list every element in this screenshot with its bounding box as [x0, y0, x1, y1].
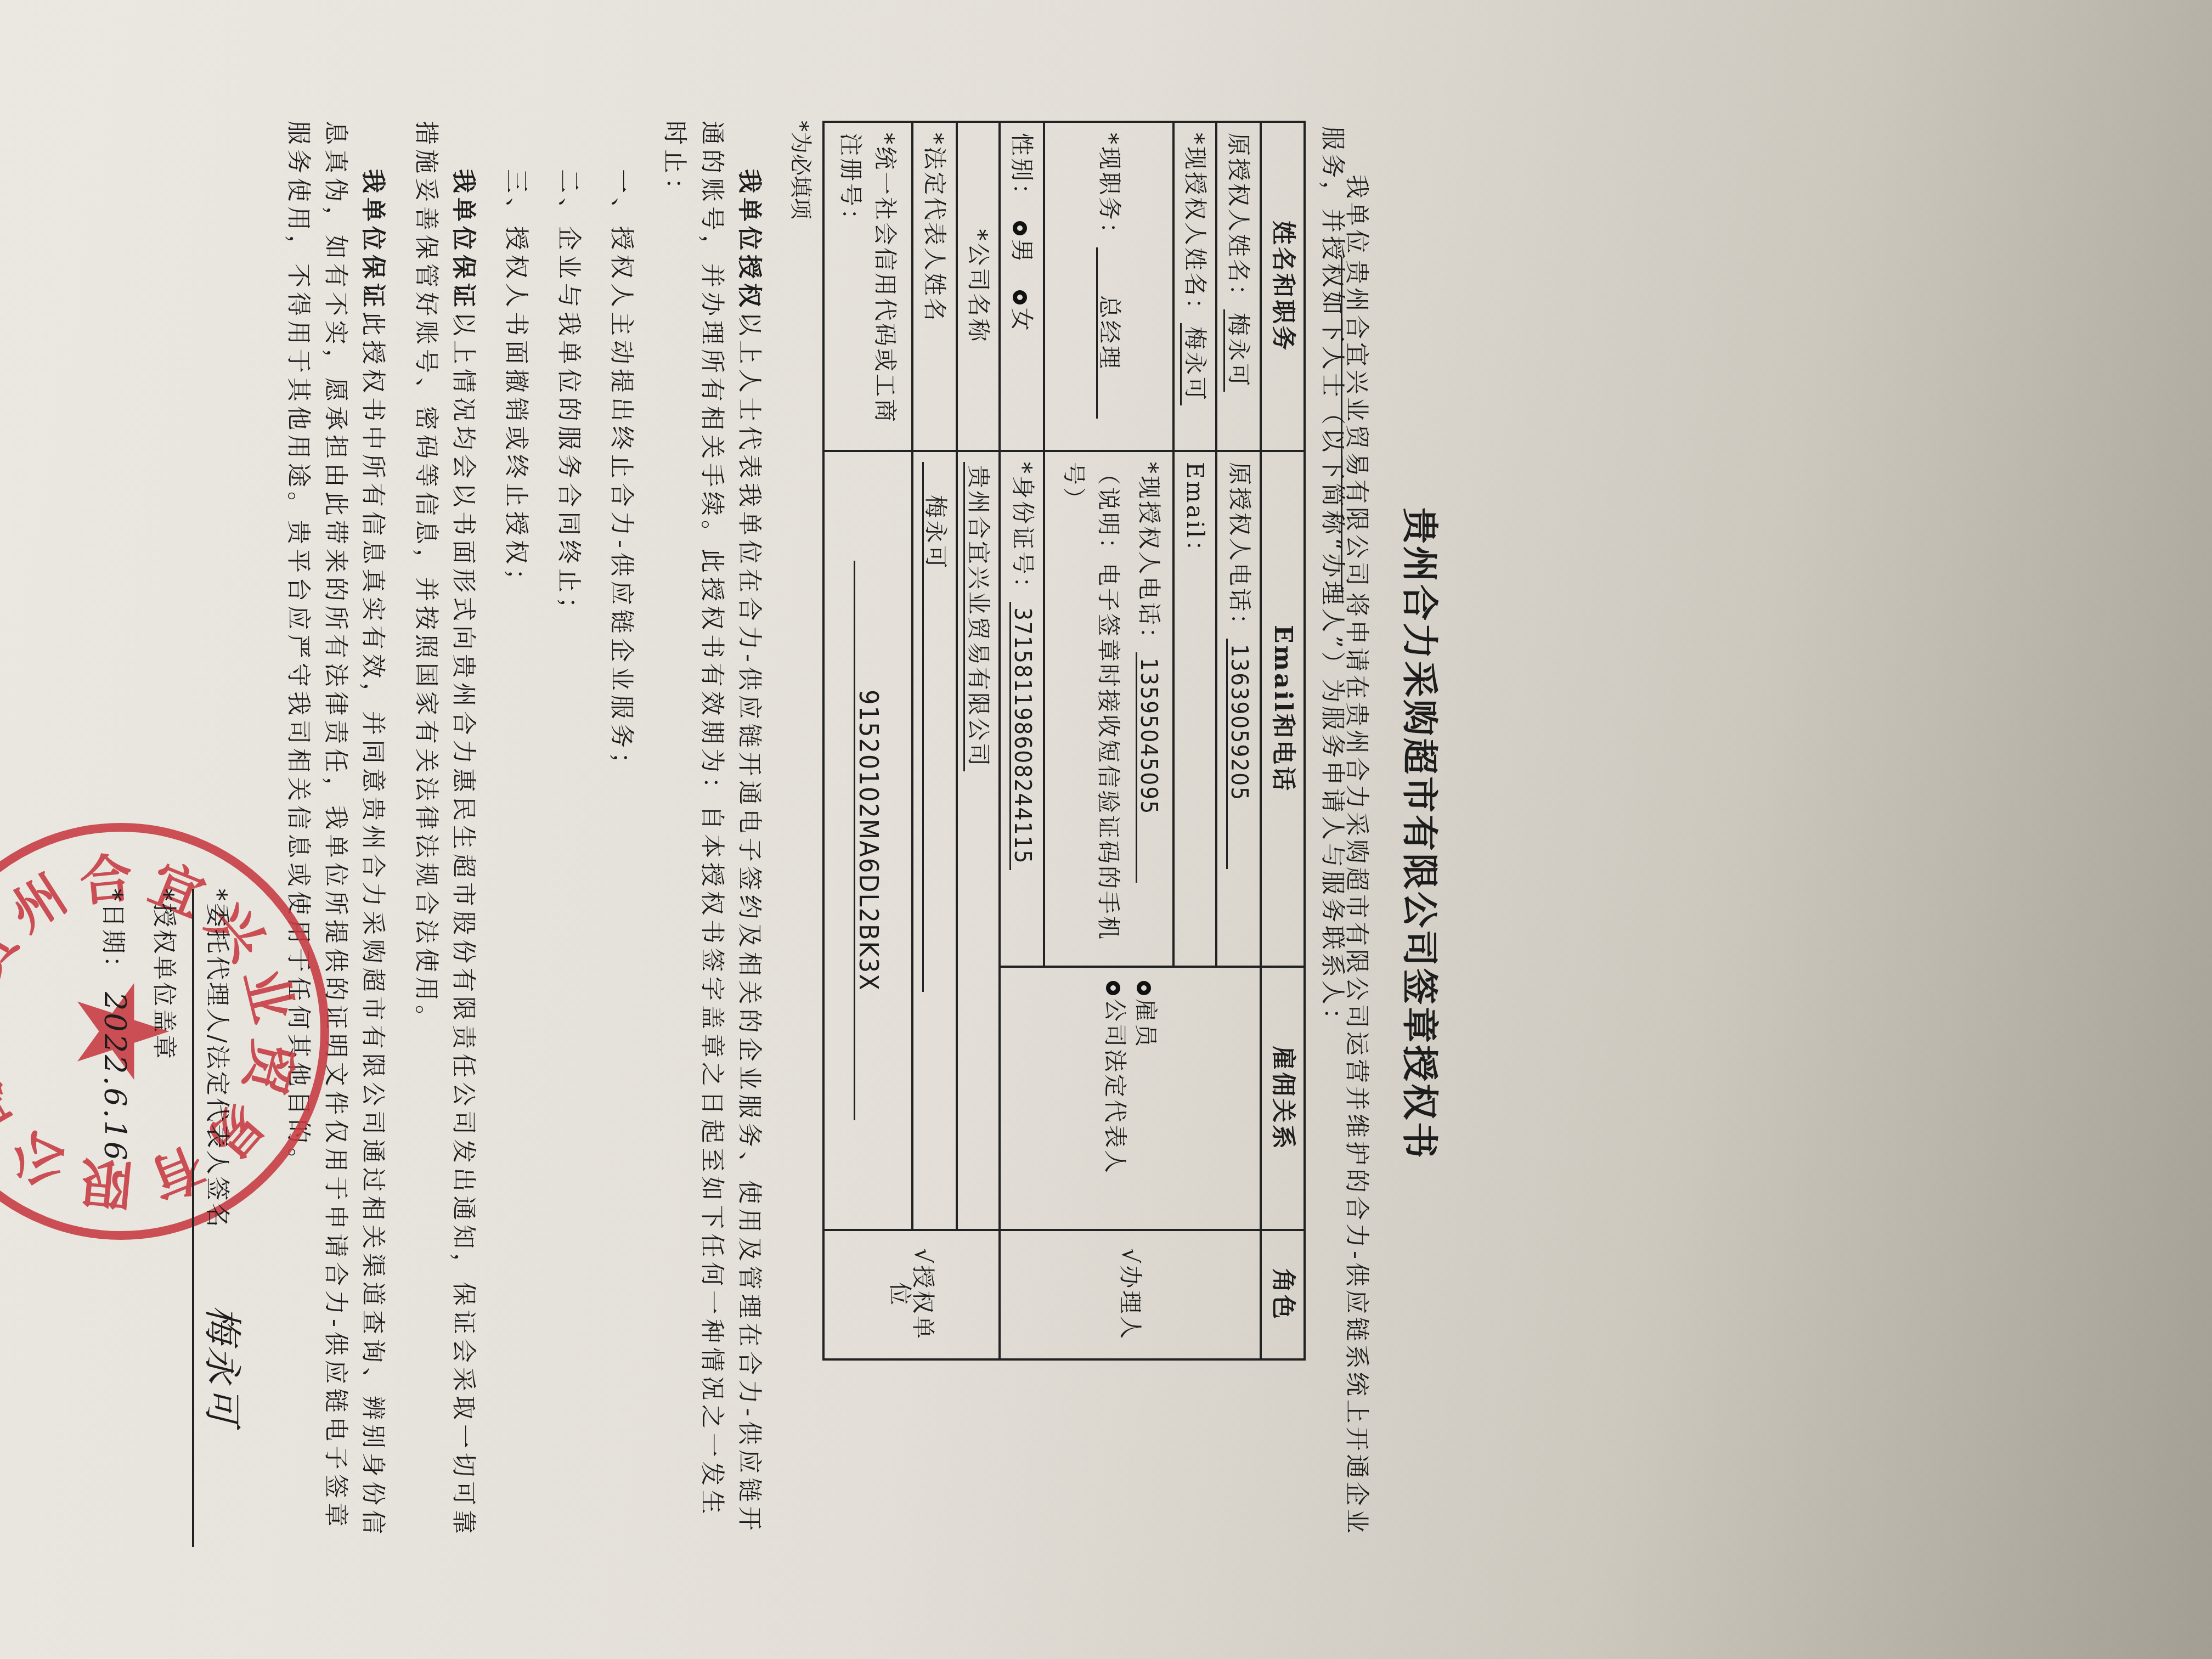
- authorization-table: 姓名和职务 Email和电话 雇佣关系 角色 原授权人姓名：梅永可 原授权人电话…: [822, 121, 1306, 1361]
- authorization-document: 贵州合力采购超市有限公司签章授权书 我单位贵州合宜兴业贸易有限公司将申请在贵州合…: [66, 93, 1437, 1575]
- header-role: 角色: [1261, 1230, 1305, 1359]
- company-name-value: 贵州合宜兴业贸易有限公司: [963, 462, 992, 771]
- credit-code-label: *统一社会信用代码或工商注册号：: [823, 122, 912, 451]
- table-row: *统一社会信用代码或工商注册号： 91520102MA6DL2BK3X: [823, 122, 912, 1359]
- date-label: *日期：: [99, 889, 127, 982]
- intro-prefix: 我单位: [1342, 174, 1370, 257]
- orig-phone-value: 13639059205: [1226, 639, 1251, 869]
- table-row: *公司名称 贵州合宜兴业贸易有限公司 √授权单位: [957, 122, 1000, 1359]
- table-header-row: 姓名和职务 Email和电话 雇佣关系 角色: [1261, 122, 1305, 1359]
- cur-phone-value: 13595045095: [1136, 652, 1161, 883]
- radio-male-icon: [1013, 221, 1028, 235]
- email-label: Email：: [1182, 462, 1209, 565]
- cur-name-label: *现授权人姓名：: [1182, 133, 1209, 323]
- header-employment: 雇佣关系: [1261, 967, 1305, 1230]
- seal-label: *授权单位盖章: [151, 889, 176, 1547]
- radio-icon: [1106, 981, 1120, 995]
- legal-rep-value: 梅永可: [922, 462, 947, 992]
- orig-phone-label: 原授权人电话：: [1226, 462, 1253, 639]
- terms-item-1: 一、授权人主动提出终止合力-供应链企业服务；: [602, 121, 640, 1542]
- signature-label: *委托代理人/法定代表人签名: [203, 889, 231, 1229]
- employment-option-legal-rep: 公司法定代表人: [1103, 978, 1126, 1219]
- cur-title-label: *现职务：: [1097, 133, 1124, 247]
- terms-body: 我单位授权以上人士代表我单位在合力-供应链开通电子签约及相关的企业服务、使用及管…: [279, 121, 768, 1542]
- terms-paragraph: 我单位保证以上情况均会以书面形式向贵州合力惠民生超市股份有限责任公司发出通知，保…: [407, 121, 482, 1542]
- signature-block: *委托代理人/法定代表人签名 梅永可 *授权单位盖章 *日期： 2022.6.1…: [100, 889, 241, 1547]
- terms-item-3: 三、授权人书面撤销或终止授权；: [497, 121, 534, 1542]
- required-note: *为必填项: [789, 121, 811, 1575]
- document-title: 贵州合力采购超市有限公司签章授权书: [1401, 93, 1437, 1575]
- legal-rep-label: *法定代表人姓名: [912, 122, 957, 451]
- id-number-value: 371581198608244115: [1009, 602, 1034, 870]
- table-row: *法定代表人姓名 梅永可: [912, 122, 957, 1359]
- cur-title-value: 总经理: [1097, 247, 1121, 419]
- table-row: 原授权人姓名：梅永可 原授权人电话：13639059205 雇员 公司法定代表人…: [1216, 122, 1261, 1359]
- gender-male: 男: [1009, 239, 1036, 264]
- orig-name-label: 原授权人姓名：: [1226, 133, 1252, 309]
- gender-label: 性别：: [1009, 133, 1036, 208]
- handwritten-signature: 梅永可: [200, 1305, 245, 1427]
- id-label: *身份证号：: [1009, 462, 1036, 602]
- header-name-title: 姓名和职务: [1261, 122, 1305, 451]
- radio-female-icon: [1013, 290, 1028, 304]
- header-email-phone: Email和电话: [1261, 451, 1305, 967]
- gender-female: 女: [1009, 308, 1036, 333]
- terms-item-2: 二、企业与我单位的服务合同终止；: [550, 121, 587, 1542]
- cur-phone-label: *现授权人电话：: [1136, 462, 1163, 652]
- cur-name-value: 梅永可: [1180, 323, 1209, 405]
- role-agent: √办理人: [1000, 1230, 1261, 1359]
- employment-option-employee: 雇员: [1134, 978, 1157, 1219]
- orig-name-value: 梅永可: [1224, 309, 1252, 392]
- company-name-label: *公司名称: [957, 122, 1000, 451]
- terms-paragraph: 我单位授权以上人士代表我单位在合力-供应链开通电子签约及相关的企业服务、使用及管…: [655, 121, 768, 1542]
- intro-paragraph: 我单位贵州合宜兴业贸易有限公司将申请在贵州合力采购超市有限公司运营并维护的合力-…: [1320, 126, 1368, 1553]
- radio-icon: [1137, 981, 1151, 995]
- phone-note: （说明：电子签章时接收短信验证码的手机号）: [1057, 462, 1126, 956]
- role-authorizer: √授权单位: [823, 1230, 1000, 1359]
- credit-code-value: 91520102MA6DL2BK3X: [854, 561, 882, 1120]
- date-value: 2022.6.16: [98, 992, 132, 1163]
- terms-paragraph: 我单位保证此授权书中所有信息真实有效，并同意贵州合力采购超市有限公司通过相关渠道…: [279, 121, 392, 1542]
